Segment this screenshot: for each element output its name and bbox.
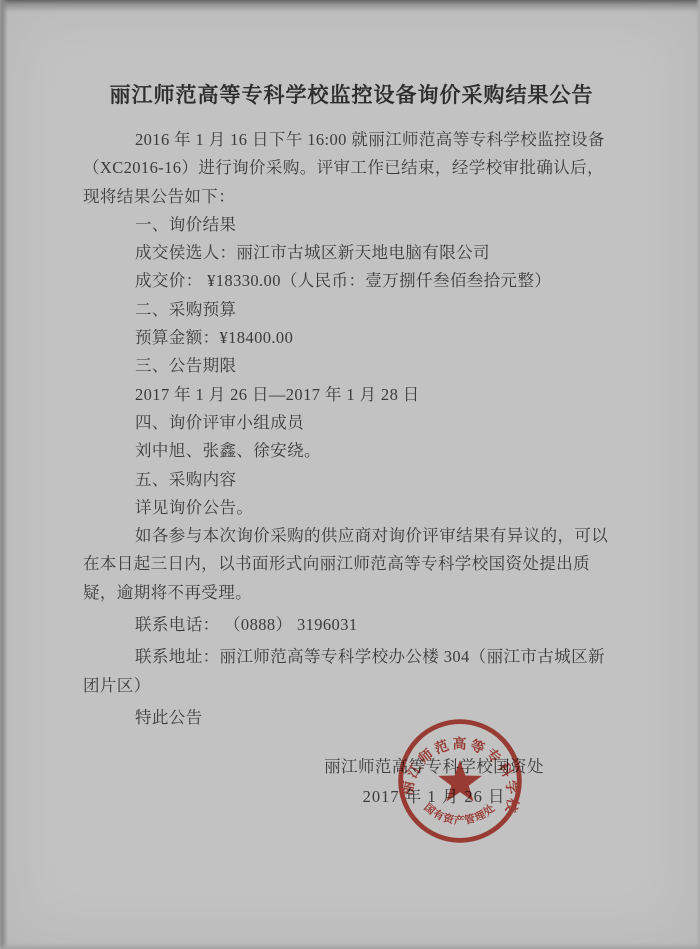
doc-line: 在本日起三日内，以书面形式向丽江师范高等专科学校国资处提出质 — [83, 550, 620, 578]
section-heading-review-panel: 四、询价评审小组成员 — [83, 409, 620, 437]
scan-edge-left — [0, 0, 8, 949]
doc-line: 团片区） — [83, 672, 620, 700]
scanned-document-page: 丽江师范高等专科学校监控设备询价采购结果公告 2016 年 1 月 16 日下午… — [0, 0, 700, 949]
scan-edge-right — [696, 0, 700, 949]
scan-edge-top — [0, 0, 700, 12]
review-panel-members-line: 刘中旭、张鑫、徐安绕。 — [83, 437, 620, 465]
doc-line: 2016 年 1 月 16 日下午 16:00 就丽江师范高等专科学校监控设备 — [83, 126, 620, 154]
deal-price-line: 成交价： ¥18330.00（人民币：壹万捌仟叁佰叁拾元整） — [83, 267, 620, 295]
doc-line: 现将结果公告如下： — [83, 183, 620, 211]
doc-line: 疑，逾期将不再受理。 — [83, 579, 620, 607]
budget-amount-line: 预算金额：¥18400.00 — [83, 324, 620, 352]
doc-line: （XC2016-16）进行询价采购。评审工作已结束，经学校审批确认后， — [83, 154, 620, 182]
signature-block: 丽江师范高等专科学校国资处 2017 年 1 月 26 日 — [294, 754, 574, 813]
section-heading-budget: 二、采购预算 — [83, 296, 620, 324]
contact-phone-line: 联系电话： （0888） 3196031 — [83, 611, 620, 639]
closing-line: 特此公告 — [83, 704, 620, 732]
issue-date: 2017 年 1 月 26 日 — [294, 780, 574, 813]
announcement-period-line: 2017 年 1 月 26 日—2017 年 1 月 28 日 — [83, 381, 620, 409]
doc-line: 详见询价公告。 — [83, 494, 620, 522]
doc-line: 如各参与本次询价采购的供应商对询价评审结果有异议的，可以 — [83, 522, 620, 550]
section-heading-announcement-period: 三、公告期限 — [83, 352, 620, 380]
section-heading-procurement-content: 五、采购内容 — [83, 466, 620, 494]
scan-edge-bottom — [0, 943, 700, 949]
section-heading-inquiry-result: 一、询价结果 — [83, 211, 620, 239]
issuing-department: 丽江师范高等专科学校国资处 — [294, 754, 574, 780]
document-title: 丽江师范高等专科学校监控设备询价采购结果公告 — [83, 80, 620, 110]
document-body: 丽江师范高等专科学校监控设备询价采购结果公告 2016 年 1 月 16 日下午… — [83, 80, 620, 813]
contact-address-line: 联系地址：丽江师范高等专科学校办公楼 304（丽江市古城区新 — [83, 643, 620, 671]
winning-candidate-line: 成交侯选人：丽江市古城区新天地电脑有限公司 — [83, 239, 620, 267]
